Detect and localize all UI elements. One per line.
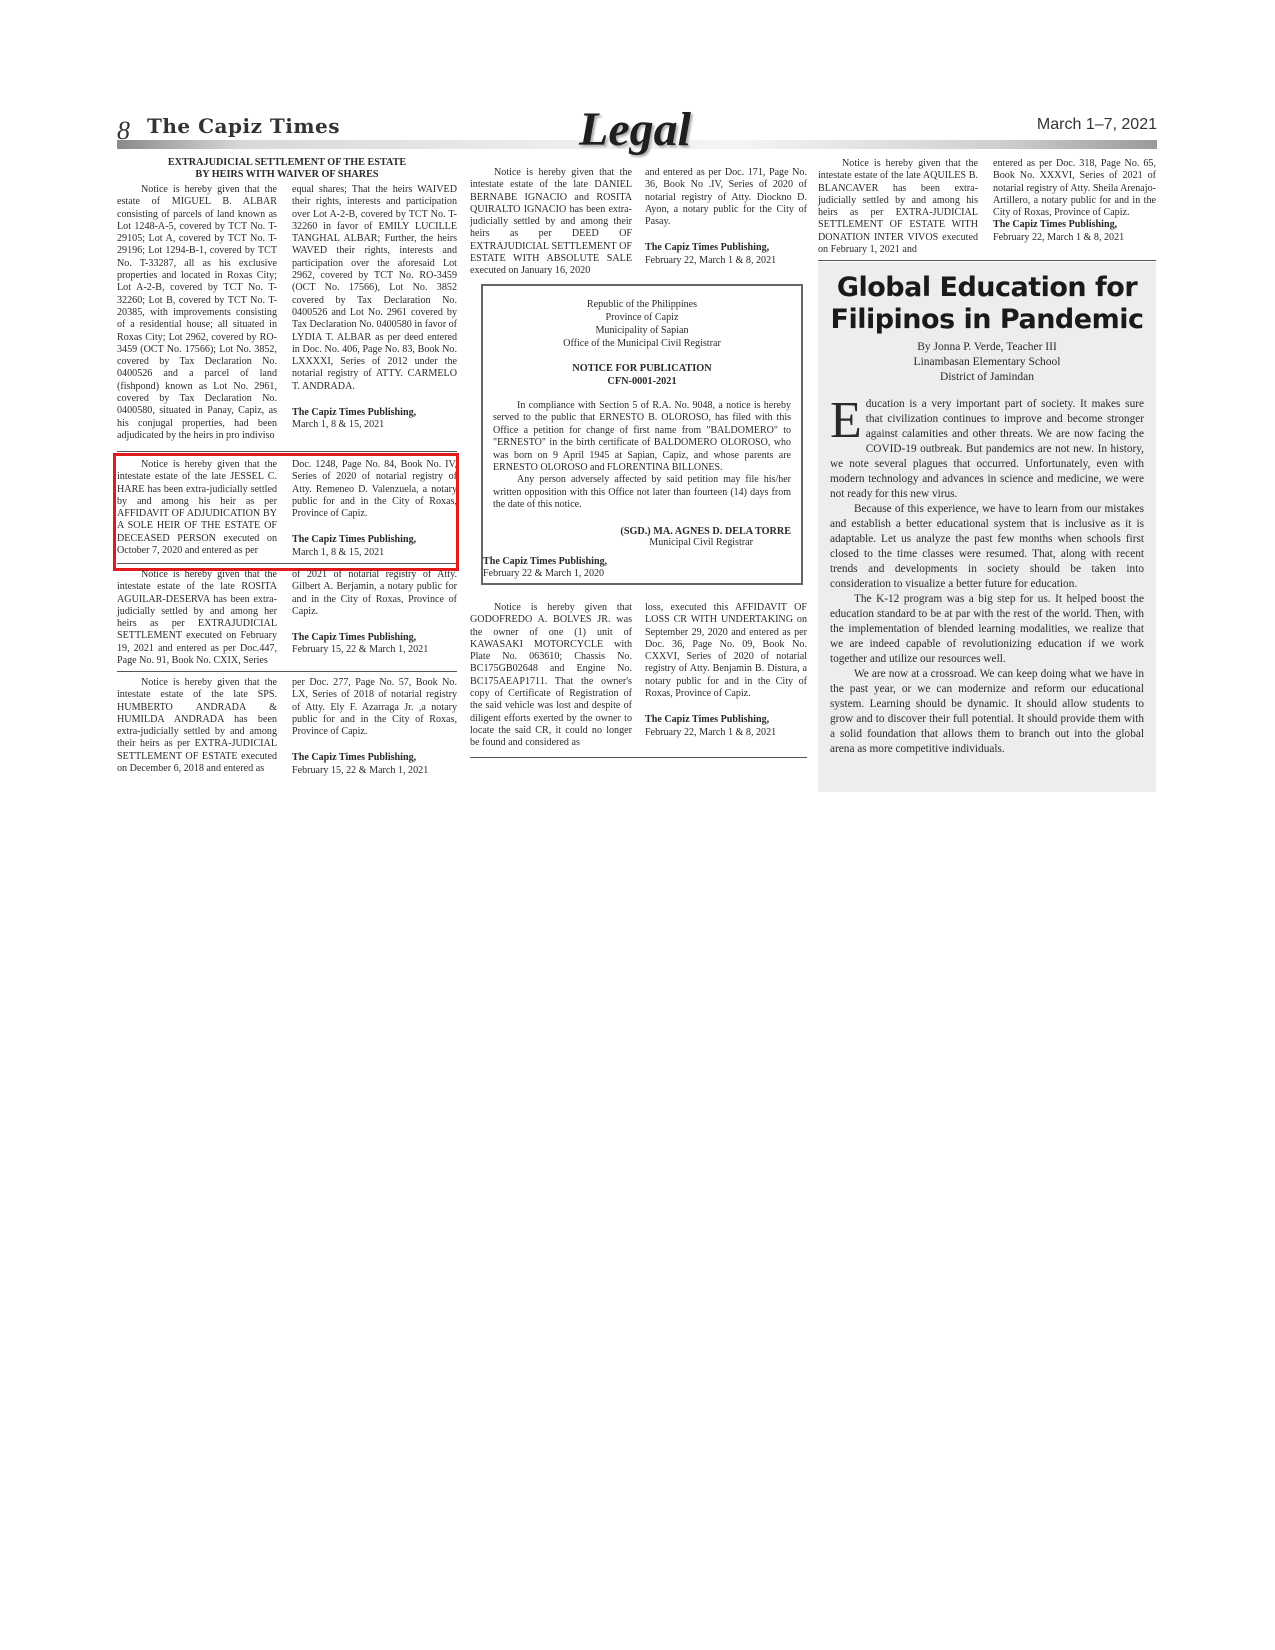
notice-text: loss, executed this AFFIDAVIT OF LOSS CR… (645, 602, 807, 700)
signatory-title: Municipal Civil Registrar (483, 537, 753, 548)
header-line: Province of Capiz (483, 311, 801, 324)
publisher-name: The Capiz Times Publishing, (645, 242, 807, 254)
divider (470, 757, 807, 758)
publication-dates: February 22 & March 1, 2020 (483, 568, 604, 579)
notice-text: Notice is hereby given that the intestat… (117, 677, 277, 775)
publication-dates: February 15, 22 & March 1, 2021 (292, 644, 428, 655)
box-header: Republic of the Philippines Province of … (483, 298, 801, 350)
notice-ignacio-col-a: Notice is hereby given that the intestat… (470, 167, 632, 278)
school: Linambasan Elementary School (818, 355, 1156, 370)
notice-albar-col-b: equal shares; That the heirs WAIVED thei… (292, 184, 457, 432)
notice-blancaver-col-a: Notice is hereby given that the intestat… (818, 158, 978, 256)
publication-dates: February 22, March 1 & 8, 2021 (993, 232, 1124, 243)
heading-line-1: EXTRAJUDICIAL SETTLEMENT OF THE ESTATE (117, 157, 457, 169)
header-line: Republic of the Philippines (483, 298, 801, 311)
publisher-credit: The Capiz Times Publishing, February 15,… (292, 632, 457, 657)
publication-dates: February 15, 22 & March 1, 2021 (292, 765, 428, 776)
notice-text: of 2021 of notarial registry of Atty. Gi… (292, 569, 457, 618)
title-line-1: Global Education for (818, 272, 1156, 304)
notice-ignacio-col-b: and entered as per Doc. 171, Page No. 36… (645, 167, 807, 267)
publication-dates: February 22, March 1 & 8, 2021 (645, 727, 776, 738)
notice-heading: EXTRAJUDICIAL SETTLEMENT OF THE ESTATE B… (117, 157, 457, 181)
notice-text: entered as per Doc. 318, Page No. 65, Bo… (993, 158, 1156, 219)
article-title: Global Education for Filipinos in Pandem… (818, 272, 1156, 336)
publisher-name: The Capiz Times Publishing, (645, 714, 807, 726)
notice-deserva-col-b: of 2021 of notarial registry of Atty. Gi… (292, 569, 457, 657)
drop-cap: E (830, 399, 862, 443)
page-blank-area (0, 792, 1275, 1650)
notice-text: Notice is hereby given that the intestat… (117, 569, 277, 667)
newspaper-page: 8 The Capiz Times Legal March 1–7, 2021 … (0, 0, 1275, 1650)
notice-deserva-col-a: Notice is hereby given that the intestat… (117, 569, 277, 667)
notice-text: Notice is hereby given that the intestat… (818, 158, 978, 256)
publisher-credit: The Capiz Times Publishing, February 22 … (483, 556, 801, 581)
publisher-credit: The Capiz Times Publishing, February 22,… (645, 242, 807, 267)
notice-bolves-col-b: loss, executed this AFFIDAVIT OF LOSS CR… (645, 602, 807, 739)
publisher-credit: The Capiz Times Publishing, March 1, 8 &… (292, 407, 457, 432)
notice-text: Notice is hereby given that the estate o… (117, 184, 277, 442)
education-article: Global Education for Filipinos in Pandem… (818, 262, 1156, 792)
publisher-name: The Capiz Times Publishing, (993, 219, 1156, 231)
title-line: NOTICE FOR PUBLICATION (483, 362, 801, 375)
page-number: 8 (117, 116, 130, 146)
divider (117, 451, 457, 452)
article-paragraph: The K-12 program was a big step for us. … (830, 592, 1144, 667)
publisher-credit: The Capiz Times Publishing, February 22,… (645, 714, 807, 739)
notice-text: equal shares; That the heirs WAIVED thei… (292, 184, 457, 393)
masthead: 8 The Capiz Times Legal March 1–7, 2021 (117, 112, 1157, 152)
notice-andrada-col-b: per Doc. 277, Page No. 57, Book No. LX, … (292, 677, 457, 777)
notice-text: Notice is hereby given that GODOFREDO A.… (470, 602, 632, 750)
publisher-credit: The Capiz Times Publishing, February 15,… (292, 752, 457, 777)
signatory-name: (SGD.) MA. AGNES D. DELA TORRE (483, 526, 791, 537)
article-body: Education is a very important part of so… (818, 397, 1156, 757)
publisher-name: The Capiz Times Publishing, (483, 556, 801, 568)
notice-text: per Doc. 277, Page No. 57, Book No. LX, … (292, 677, 457, 738)
highlight-box (113, 453, 459, 571)
title-line-2: Filipinos in Pandemic (818, 304, 1156, 336)
notice-blancaver-col-b: entered as per Doc. 318, Page No. 65, Bo… (993, 158, 1156, 244)
publisher-name: The Capiz Times Publishing, (292, 407, 457, 419)
header-line: Office of the Municipal Civil Registrar (483, 337, 801, 350)
author: By Jonna P. Verde, Teacher III (818, 340, 1156, 355)
article-paragraph: Education is a very important part of so… (830, 397, 1144, 502)
notice-andrada-col-a: Notice is hereby given that the intestat… (117, 677, 277, 775)
paper-name: The Capiz Times (147, 114, 340, 138)
district: District of Jamindan (818, 370, 1156, 385)
notice-for-publication-box: Republic of the Philippines Province of … (481, 284, 803, 585)
publisher-name: The Capiz Times Publishing, (292, 752, 457, 764)
section-title: Legal (579, 102, 691, 157)
box-body: In compliance with Section 5 of R.A. No.… (483, 400, 801, 512)
divider (818, 260, 1156, 261)
divider (117, 671, 457, 672)
article-paragraph: Because of this experience, we have to l… (830, 502, 1144, 592)
body-paragraph: In compliance with Section 5 of R.A. No.… (493, 400, 791, 474)
paragraph-text: ducation is a very important part of soc… (830, 398, 1144, 500)
notice-text: Notice is hereby given that the intestat… (470, 167, 632, 278)
notice-bolves-col-a: Notice is hereby given that GODOFREDO A.… (470, 602, 632, 750)
box-title: NOTICE FOR PUBLICATION CFN-0001-2021 (483, 362, 801, 388)
issue-date: March 1–7, 2021 (1037, 116, 1157, 134)
publisher-credit: The Capiz Times Publishing, February 22,… (993, 219, 1156, 244)
header-line: Municipality of Sapian (483, 324, 801, 337)
publication-dates: March 1, 8 & 15, 2021 (292, 419, 384, 430)
article-paragraph: We are now at a crossroad. We can keep d… (830, 667, 1144, 757)
notice-text: and entered as per Doc. 171, Page No. 36… (645, 167, 807, 228)
publisher-name: The Capiz Times Publishing, (292, 632, 457, 644)
cfn-number: CFN-0001-2021 (483, 375, 801, 388)
heading-line-2: BY HEIRS WITH WAIVER OF SHARES (117, 169, 457, 181)
notice-albar-col-a: Notice is hereby given that the estate o… (117, 184, 277, 446)
publication-dates: February 22, March 1 & 8, 2021 (645, 255, 776, 266)
article-byline: By Jonna P. Verde, Teacher III Linambasa… (818, 340, 1156, 385)
body-paragraph: Any person adversely affected by said pe… (493, 474, 791, 511)
